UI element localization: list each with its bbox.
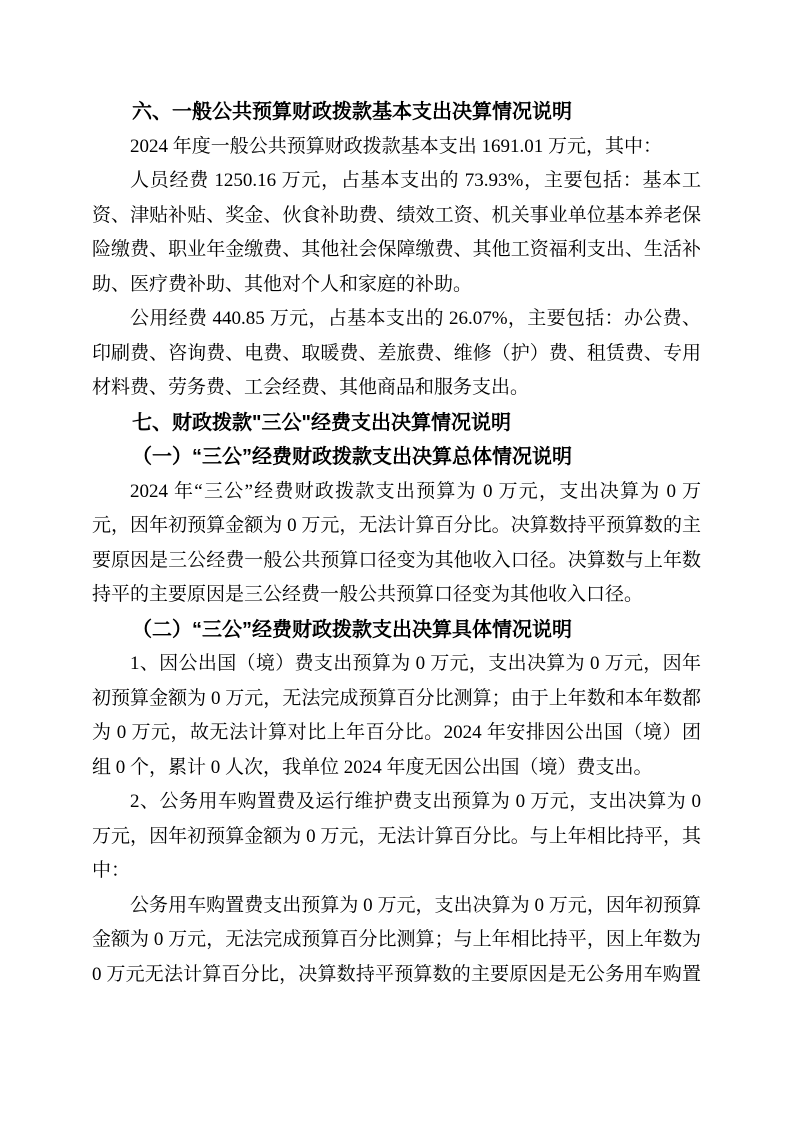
para-overseas-travel: 1、因公出国（境）费支出预算为 0 万元，支出决算为 0 万元，因年 初预算金额… [92, 647, 701, 785]
text-line: 助、医疗费补助、其他对个人和家庭的补助。 [92, 268, 701, 303]
text-line: 金额为 0 万元，无法完成预算百分比测算；与上年相比持平，因上年数为 [92, 923, 701, 958]
text-line: 人员经费 1250.16 万元，占基本支出的 73.93%，主要包括：基本工 [92, 164, 701, 199]
text-line: 2、公务用车购置费及运行维护费支出预算为 0 万元，支出决算为 0 [92, 785, 701, 820]
text-line: 1、因公出国（境）费支出预算为 0 万元，支出决算为 0 万元，因年 [92, 647, 701, 682]
text-line: 0 万元无法计算百分比，决算数持平预算数的主要原因是无公务用车购置 [92, 958, 701, 993]
text-line: 公务用车购置费支出预算为 0 万元，支出决算为 0 万元，因年初预算 [92, 889, 701, 924]
text-line: 为 0 万元，故无法计算对比上年百分比。2024 年安排因公出国（境）团 [92, 716, 701, 751]
text-line: 元，因年初预算金额为 0 万元，无法计算百分比。决算数持平预算数的主 [92, 509, 701, 544]
section-heading-three-public-funds: 七、财政拨款"三公"经费支出决算情况说明 [92, 406, 701, 441]
document-page: 六、一般公共预算财政拨款基本支出决算情况说明 2024 年度一般公共预算财政拨款… [0, 0, 793, 1122]
text-line: 材料费、劳务费、工会经费、其他商品和服务支出。 [92, 371, 701, 406]
section-heading-basic-expenditure: 六、一般公共预算财政拨款基本支出决算情况说明 [92, 95, 701, 130]
text-line: 组 0 个，累计 0 人次，我单位 2024 年度无因公出国（境）费支出。 [92, 751, 701, 786]
text-line: 要原因是三公经费一般公共预算口径变为其他收入口径。决算数与上年数 [92, 544, 701, 579]
para-public-expense: 公用经费 440.85 万元，占基本支出的 26.07%，主要包括：办公费、 印… [92, 302, 701, 406]
heading-subsection-2: （二）“三公”经费财政拨款支出决算具体情况说明 [92, 613, 701, 648]
text-line: 2024 年度一般公共预算财政拨款基本支出 1691.01 万元，其中： [92, 130, 701, 165]
heading-subsection-1: （一）“三公”经费财政拨款支出决算总体情况说明 [92, 440, 701, 475]
subsection-heading-specific: （二）“三公”经费财政拨款支出决算具体情况说明 [92, 613, 701, 648]
heading-section-7: 七、财政拨款"三公"经费支出决算情况说明 [92, 406, 701, 441]
heading-section-6: 六、一般公共预算财政拨款基本支出决算情况说明 [92, 95, 701, 130]
para-official-vehicle: 2、公务用车购置费及运行维护费支出预算为 0 万元，支出决算为 0 万元，因年初… [92, 785, 701, 889]
text-line: 万元，因年初预算金额为 0 万元，无法计算百分比。与上年相比持平，其 [92, 820, 701, 855]
text-line: 初预算金额为 0 万元，无法完成预算百分比测算；由于上年数和本年数都 [92, 682, 701, 717]
text-line: 公用经费 440.85 万元，占基本支出的 26.07%，主要包括：办公费、 [92, 302, 701, 337]
text-line: 印刷费、咨询费、电费、取暖费、差旅费、维修（护）费、租赁费、专用 [92, 337, 701, 372]
para-three-public-overall: 2024 年“三公”经费财政拨款支出预算为 0 万元，支出决算为 0 万 元，因… [92, 475, 701, 613]
text-line: 2024 年“三公”经费财政拨款支出预算为 0 万元，支出决算为 0 万 [92, 475, 701, 510]
para-basic-expenditure-total: 2024 年度一般公共预算财政拨款基本支出 1691.01 万元，其中： [92, 130, 701, 165]
para-personnel-expense: 人员经费 1250.16 万元，占基本支出的 73.93%，主要包括：基本工 资… [92, 164, 701, 302]
text-line: 持平的主要原因是三公经费一般公共预算口径变为其他收入口径。 [92, 578, 701, 613]
text-line: 资、津贴补贴、奖金、伙食补助费、绩效工资、机关事业单位基本养老保 [92, 199, 701, 234]
text-line: 险缴费、职业年金缴费、其他社会保障缴费、其他工资福利支出、生活补 [92, 233, 701, 268]
text-line: 中： [92, 854, 701, 889]
subsection-heading-overall: （一）“三公”经费财政拨款支出决算总体情况说明 [92, 440, 701, 475]
para-vehicle-purchase: 公务用车购置费支出预算为 0 万元，支出决算为 0 万元，因年初预算 金额为 0… [92, 889, 701, 993]
